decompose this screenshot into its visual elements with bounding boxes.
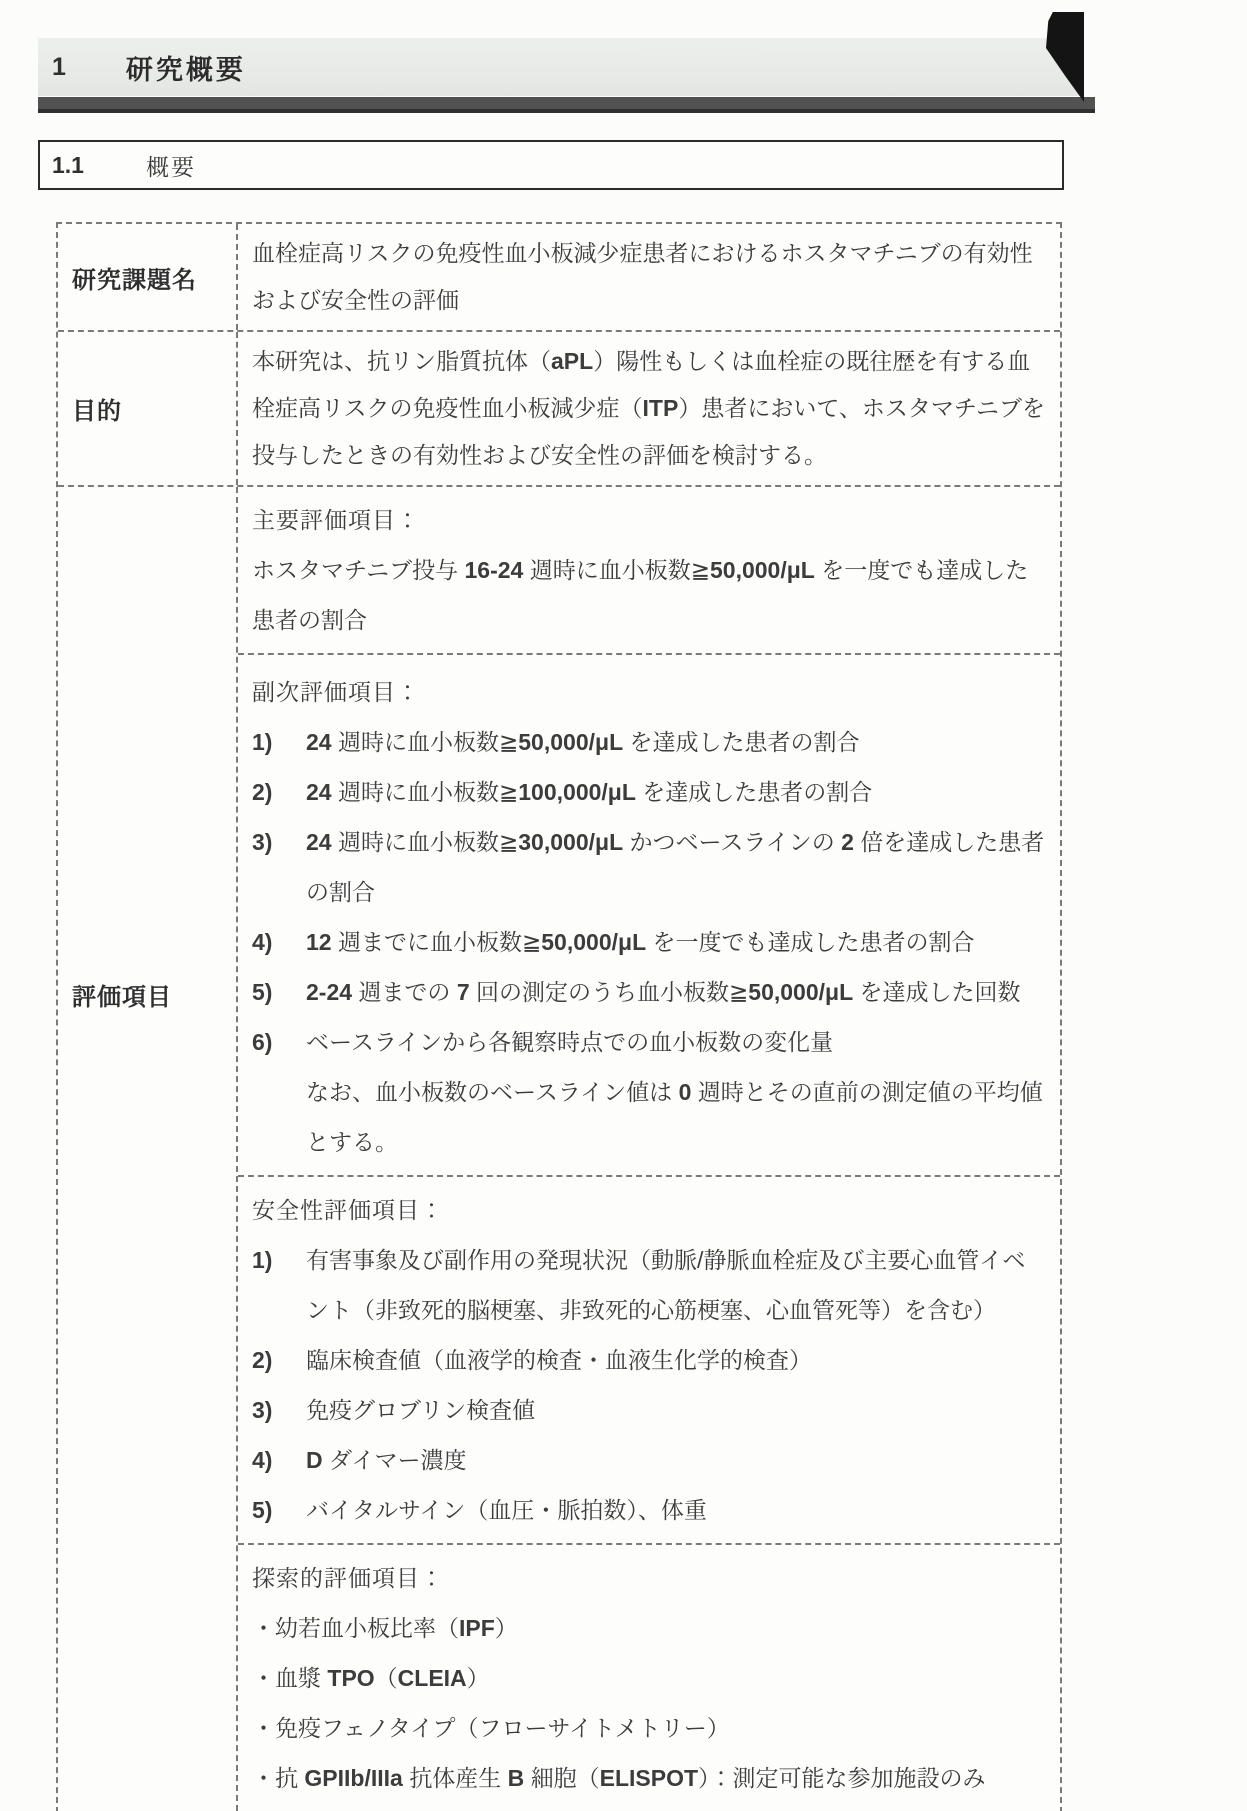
exploratory-endpoint-heading: 探索的評価項目： (252, 1553, 1046, 1603)
item-number: 5) (252, 967, 306, 1017)
item-number: 1) (252, 1235, 306, 1335)
endpoint-bullet-item: ・免疫フェノタイプ（フローサイトメトリー） (252, 1703, 1046, 1753)
secondary-endpoint-block: 副次評価項目： 1) 24 週時に血小板数≧50,000/μL を達成した患者の… (238, 655, 1060, 1177)
item-text-main: ベースラインから各観察時点での血小板数の変化量 (306, 1029, 833, 1055)
item-text: 24 週時に血小板数≧100,000/μL を達成した患者の割合 (306, 767, 1046, 817)
item-number: 3) (252, 817, 306, 917)
study-summary-table: 研究課題名 血栓症高リスクの免疫性血小板減少症患者におけるホスタマチニブの有効性… (56, 222, 1062, 1811)
item-number: 5) (252, 1485, 306, 1535)
section-header: 1 研究概要 (38, 38, 1080, 96)
item-text: 有害事象及び副作用の発現状況（動脈/静脈血栓症及び主要心血管イベント（非致死的脳… (306, 1235, 1046, 1335)
item-number: 4) (252, 917, 306, 967)
row-label-objective: 目的 (58, 332, 238, 485)
safety-endpoint-heading: 安全性評価項目： (252, 1185, 1046, 1235)
item-text: 免疫グロブリン検査値 (306, 1385, 1046, 1435)
endpoint-bullet-item: ・血漿 TPO（CLEIA） (252, 1653, 1046, 1703)
item-text: 24 週時に血小板数≧30,000/μL かつベースラインの 2 倍を達成した患… (306, 817, 1046, 917)
row-value-endpoints: 主要評価項目： ホスタマチニブ投与 16-24 週時に血小板数≧50,000/μ… (238, 487, 1060, 1811)
section-title: 研究概要 (126, 48, 246, 87)
item-text: D ダイマー濃度 (306, 1435, 1046, 1485)
row-label-study-title: 研究課題名 (58, 224, 238, 330)
endpoint-bullet-item: ・抗 GPIIb/IIIa 抗体産生 B 細胞（ELISPOT）：測定可能な参加… (252, 1753, 1046, 1803)
safety-endpoint-block: 安全性評価項目： 1) 有害事象及び副作用の発現状況（動脈/静脈血栓症及び主要心… (238, 1177, 1060, 1545)
item-note: なお、血小板数のベースライン値は 0 週時とその直前の測定値の平均値とする。 (306, 1067, 1046, 1167)
endpoint-item: 2) 24 週時に血小板数≧100,000/μL を達成した患者の割合 (252, 767, 1046, 817)
item-number: 3) (252, 1385, 306, 1435)
item-number: 4) (252, 1435, 306, 1485)
primary-endpoint-heading: 主要評価項目： (252, 495, 1046, 545)
row-value-objective: 本研究は、抗リン脂質抗体（aPL）陽性もしくは血栓症の既往歴を有する血栓症高リス… (238, 332, 1060, 485)
subsection-number: 1.1 (52, 152, 84, 179)
endpoint-item: 1) 24 週時に血小板数≧50,000/μL を達成した患者の割合 (252, 717, 1046, 767)
section-header-rule (38, 97, 1095, 113)
endpoint-item: 3) 免疫グロブリン検査値 (252, 1385, 1046, 1435)
scanned-document-page: { "header": { "number": "1", "title": "研… (0, 0, 1247, 1811)
subsection-header: 1.1 概要 (38, 140, 1064, 190)
item-text: 臨床検査値（血液学的検査・血液生化学的検査） (306, 1335, 1046, 1385)
item-number: 2) (252, 1335, 306, 1385)
table-row-endpoints: 評価項目 主要評価項目： ホスタマチニブ投与 16-24 週時に血小板数≧50,… (58, 487, 1060, 1811)
endpoint-item: 2) 臨床検査値（血液学的検査・血液生化学的検査） (252, 1335, 1046, 1385)
item-text: 2-24 週までの 7 回の測定のうち血小板数≧50,000/μL を達成した回… (306, 967, 1046, 1017)
item-number: 1) (252, 717, 306, 767)
table-row-objective: 目的 本研究は、抗リン脂質抗体（aPL）陽性もしくは血栓症の既往歴を有する血栓症… (58, 332, 1060, 487)
section-number: 1 (52, 53, 66, 82)
item-number: 2) (252, 767, 306, 817)
row-value-study-title: 血栓症高リスクの免疫性血小板減少症患者におけるホスタマチニブの有効性および安全性… (238, 224, 1060, 330)
endpoint-item: 4) 12 週までに血小板数≧50,000/μL を一度でも達成した患者の割合 (252, 917, 1046, 967)
primary-endpoint-block: 主要評価項目： ホスタマチニブ投与 16-24 週時に血小板数≧50,000/μ… (238, 487, 1060, 655)
table-row-study-title: 研究課題名 血栓症高リスクの免疫性血小板減少症患者におけるホスタマチニブの有効性… (58, 224, 1060, 332)
endpoint-bullet-item: ・幼若血小板比率（IPF） (252, 1603, 1046, 1653)
item-number: 6) (252, 1017, 306, 1167)
endpoint-item: 1) 有害事象及び副作用の発現状況（動脈/静脈血栓症及び主要心血管イベント（非致… (252, 1235, 1046, 1335)
item-text: ベースラインから各観察時点での血小板数の変化量 なお、血小板数のベースライン値は… (306, 1017, 1046, 1167)
item-text: 24 週時に血小板数≧50,000/μL を達成した患者の割合 (306, 717, 1046, 767)
endpoint-item: 3) 24 週時に血小板数≧30,000/μL かつベースラインの 2 倍を達成… (252, 817, 1046, 917)
row-label-endpoints: 評価項目 (58, 487, 238, 1811)
item-text: 12 週までに血小板数≧50,000/μL を一度でも達成した患者の割合 (306, 917, 1046, 967)
exploratory-endpoint-block: 探索的評価項目： ・幼若血小板比率（IPF） ・血漿 TPO（CLEIA） ・免… (238, 1545, 1060, 1811)
endpoint-item: 5) 2-24 週までの 7 回の測定のうち血小板数≧50,000/μL を達成… (252, 967, 1046, 1017)
secondary-endpoint-heading: 副次評価項目： (252, 667, 1046, 717)
endpoint-item: 4) D ダイマー濃度 (252, 1435, 1046, 1485)
endpoint-item: 5) バイタルサイン（血圧・脈拍数）、体重 (252, 1485, 1046, 1535)
primary-endpoint-text: ホスタマチニブ投与 16-24 週時に血小板数≧50,000/μL を一度でも達… (252, 545, 1046, 645)
subsection-title: 概要 (146, 149, 196, 182)
endpoint-item: 6) ベースラインから各観察時点での血小板数の変化量 なお、血小板数のベースライ… (252, 1017, 1046, 1167)
item-text: バイタルサイン（血圧・脈拍数）、体重 (306, 1485, 1046, 1535)
